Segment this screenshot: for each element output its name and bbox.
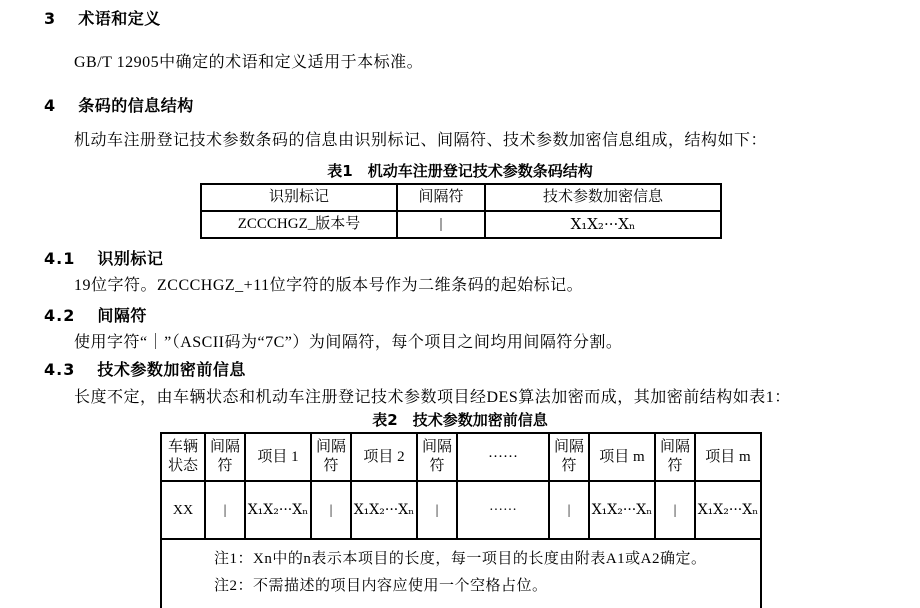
section-4-1-heading: 4.1 识别标记 xyxy=(44,248,920,269)
table2-cell-separator-3: | xyxy=(417,481,457,539)
table2-header-vehicle-state: 车辆状态 xyxy=(161,433,205,481)
table2-notes-row: 注1：Xn中的n表示本项目的长度，每一项目的长度由附表A1或A2确定。 注2：不… xyxy=(161,539,761,608)
section-4-1-body: 19位字符。ZCCCHGZ_+11位字符的版本号作为二维条码的起始标记。 xyxy=(74,275,900,296)
table2-note-1: 注1：Xn中的n表示本项目的长度，每一项目的长度由附表A1或A2确定。 xyxy=(214,550,752,569)
table2-header-item-1: 项目 1 xyxy=(245,433,311,481)
table1-header-encrypted-info: 技术参数加密信息 xyxy=(485,184,721,211)
table1: 识别标记 间隔符 技术参数加密信息 ZCCCHGZ_版本号 | X₁X₂···X… xyxy=(200,183,722,239)
section-4-1-title: 识别标记 xyxy=(97,249,163,268)
table1-cell-encrypted-info: X₁X₂···Xₙ xyxy=(485,211,721,238)
table2-header-separator-5: 间隔符 xyxy=(655,433,695,481)
table2-header-row: 车辆状态 间隔符 项目 1 间隔符 项目 2 间隔符 ······ 间隔符 项目… xyxy=(161,433,761,481)
section-4-1-number: 4.1 xyxy=(44,248,75,269)
section-4-3-title: 技术参数加密前信息 xyxy=(97,360,246,379)
section-4-number: 4 xyxy=(44,95,56,116)
table1-data-row: ZCCCHGZ_版本号 | X₁X₂···Xₙ xyxy=(201,211,721,238)
table1-header-separator: 间隔符 xyxy=(397,184,485,211)
table1-caption: 表1 机动车注册登记技术参数条码结构 xyxy=(200,161,720,181)
table2-header-separator-3: 间隔符 xyxy=(417,433,457,481)
section-4-title: 条码的信息结构 xyxy=(78,96,194,115)
table2-note-2: 注2：不需描述的项目内容应使用一个空格占位。 xyxy=(214,577,752,596)
table2-header-item-m2: 项目 m xyxy=(695,433,761,481)
table2-caption: 表2 技术参数加密前信息 xyxy=(160,410,760,430)
section-4-3-number: 4.3 xyxy=(44,359,75,380)
table2-header-ellipsis: ······ xyxy=(457,433,549,481)
table1-container: 表1 机动车注册登记技术参数条码结构 识别标记 间隔符 技术参数加密信息 ZCC… xyxy=(200,161,720,239)
table2-cell-ellipsis: ······ xyxy=(457,481,549,539)
document-page: 3 术语和定义 GB/T 12905中确定的术语和定义适用于本标准。 4 条码的… xyxy=(0,8,920,608)
section-4-body: 机动车注册登记技术参数条码的信息由识别标记、间隔符、技术参数加密信息组成，结构如… xyxy=(74,130,900,151)
table2-header-separator-4: 间隔符 xyxy=(549,433,589,481)
section-4-3-heading: 4.3 技术参数加密前信息 xyxy=(44,359,920,380)
section-4-2-number: 4.2 xyxy=(44,305,75,326)
table2: 车辆状态 间隔符 项目 1 间隔符 项目 2 间隔符 ······ 间隔符 项目… xyxy=(160,432,762,608)
table2-header-item-2: 项目 2 xyxy=(351,433,417,481)
section-4-heading: 4 条码的信息结构 xyxy=(44,95,920,116)
table2-cell-item-m2: X₁X₂···Xₙ xyxy=(695,481,761,539)
table2-cell-separator-5: | xyxy=(655,481,695,539)
table2-cell-item-2: X₁X₂···Xₙ xyxy=(351,481,417,539)
table2-cell-separator-4: | xyxy=(549,481,589,539)
table1-header-id-mark: 识别标记 xyxy=(201,184,397,211)
table2-container: 表2 技术参数加密前信息 车辆状态 间隔符 项目 1 间隔符 项目 2 间隔符 … xyxy=(160,410,760,608)
table2-header-separator-1: 间隔符 xyxy=(205,433,245,481)
table2-cell-separator-1: | xyxy=(205,481,245,539)
section-3-title: 术语和定义 xyxy=(78,9,161,28)
section-4-2-body: 使用字符“｜”（ASCII码为“7C”）为间隔符，每个项目之间均用间隔符分割。 xyxy=(74,332,900,353)
table1-cell-separator: | xyxy=(397,211,485,238)
section-3-number: 3 xyxy=(44,8,56,29)
table2-notes-cell: 注1：Xn中的n表示本项目的长度，每一项目的长度由附表A1或A2确定。 注2：不… xyxy=(161,539,761,608)
table1-cell-id-mark: ZCCCHGZ_版本号 xyxy=(201,211,397,238)
table2-cell-item-m1: X₁X₂···Xₙ xyxy=(589,481,655,539)
table2-cell-item-1: X₁X₂···Xₙ xyxy=(245,481,311,539)
section-4-3-body: 长度不定，由车辆状态和机动车注册登记技术参数项目经DES算法加密而成，其加密前结… xyxy=(74,387,900,408)
table1-header-row: 识别标记 间隔符 技术参数加密信息 xyxy=(201,184,721,211)
table2-cell-vehicle-state: XX xyxy=(161,481,205,539)
section-4-2-heading: 4.2 间隔符 xyxy=(44,305,920,326)
section-3-heading: 3 术语和定义 xyxy=(44,8,920,29)
table2-header-separator-2: 间隔符 xyxy=(311,433,351,481)
table2-header-item-m1: 项目 m xyxy=(589,433,655,481)
table2-data-row: XX | X₁X₂···Xₙ | X₁X₂···Xₙ | ······ | X₁… xyxy=(161,481,761,539)
section-4-2-title: 间隔符 xyxy=(97,306,147,325)
section-3-body: GB/T 12905中确定的术语和定义适用于本标准。 xyxy=(74,52,900,73)
table2-cell-separator-2: | xyxy=(311,481,351,539)
